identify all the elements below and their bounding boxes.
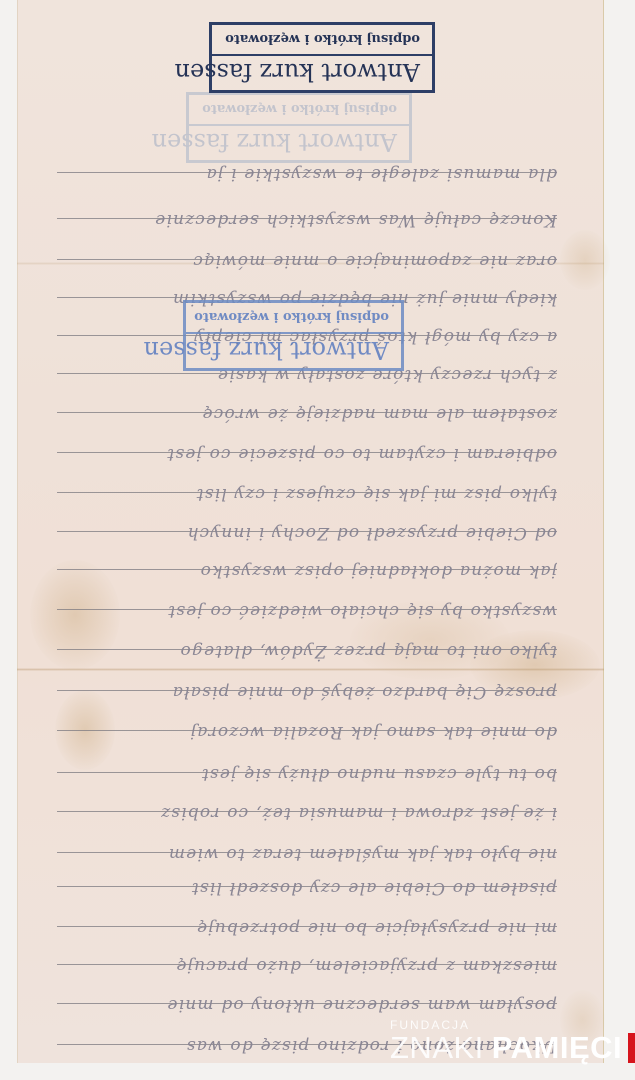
foundation-logo: FUNDACJA ZNAKI PAMIĘCI (390, 1018, 635, 1063)
censor-stamp-main: Antwort kurz fassen odpisuj krótko i węz… (209, 22, 435, 93)
handwriting-line: i że jest zdrowa i mamusia też, co robis… (57, 799, 557, 827)
handwriting-line: jak można dokładniej opisz wszystko (57, 557, 557, 585)
censor-stamp-ghost: Antwort kurz fassen odpisuj krótko i węz… (186, 92, 412, 163)
logo-red-bar-icon (628, 1033, 635, 1063)
handwriting-line: Konczę całuję Was wszystkich serdecznie (57, 206, 557, 234)
handwriting-line: odbieram i czytam to co piszecie co jest (57, 440, 557, 468)
handwriting-line: pisałem do Ciebie ale czy doszedł list (57, 874, 557, 902)
stamp-line-1: Antwort kurz fassen (186, 332, 401, 368)
stamp-line-2: odpisuj krótko i węzłowato (189, 95, 409, 124)
handwriting-line: mieszkam z przyjacielem, dużo pracuję (57, 952, 557, 980)
stamp-line-1: Antwort kurz fassen (212, 54, 432, 90)
fold-crease (17, 668, 604, 671)
handwriting-line: do mnie tak samo jak Rozalia wczoraj (57, 718, 557, 746)
handwriting-line: posyłam wam serdeczne ukłony od mnie (57, 991, 557, 1019)
handwriting-line: zostałem ale mam nadzieję że wrócę (57, 400, 557, 428)
handwriting-line: od Ciebie przyszedł od Zochy i innych (57, 519, 557, 547)
logo-znaki: ZNAKI (390, 1032, 484, 1063)
censor-stamp-middle: Antwort kurz fassen odpisuj krótko i węz… (183, 300, 404, 371)
logo-pamieci: PAMIĘCI (492, 1032, 622, 1063)
stamp-line-1: Antwort kurz fassen (189, 124, 409, 160)
handwriting-line: mi nie przysyłajcie bo nie potrzebuję (57, 914, 557, 942)
stamp-line-2: odpisuj krótko i węzłowato (212, 25, 432, 54)
handwriting-line: dla mamusi zaległe te wszystkie i ja (57, 160, 557, 188)
handwriting-line: wszystko by się chciało wiedzieć co jest (57, 597, 557, 625)
handwriting-line: oraz nie zapominajcie o mnie mówiąc (57, 247, 557, 275)
handwriting-line: nie było tak jak myślałem teraz to wiem (57, 840, 557, 868)
handwriting-line: tylko oni to mają przez Żydów, dlatego (57, 637, 557, 665)
handwriting-line: bo tu tyle czasu nudno dłuży się jest (57, 760, 557, 788)
handwriting-line: tylko pisz mi jak się czujesz i czy list (57, 480, 557, 508)
handwriting-line: proszę Cię bardzo żebyś do mnie pisała (57, 678, 557, 706)
stamp-line-2: odpisuj krótko i węzłowato (186, 303, 401, 332)
